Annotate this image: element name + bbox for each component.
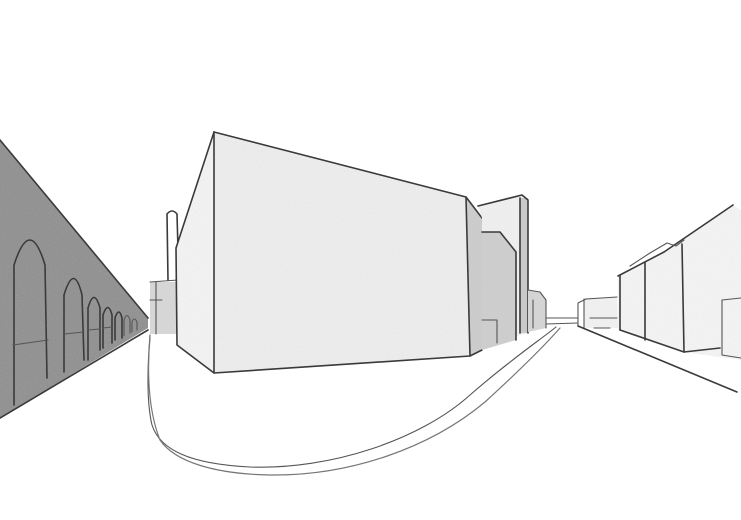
street-sketch xyxy=(0,0,741,520)
main-building xyxy=(176,132,482,373)
viaduct-wall xyxy=(0,140,148,418)
right-terrace xyxy=(618,205,741,360)
middle-right-buildings xyxy=(478,195,578,350)
distant-right-buildings xyxy=(578,297,618,328)
distant-left-buildings xyxy=(150,211,178,334)
